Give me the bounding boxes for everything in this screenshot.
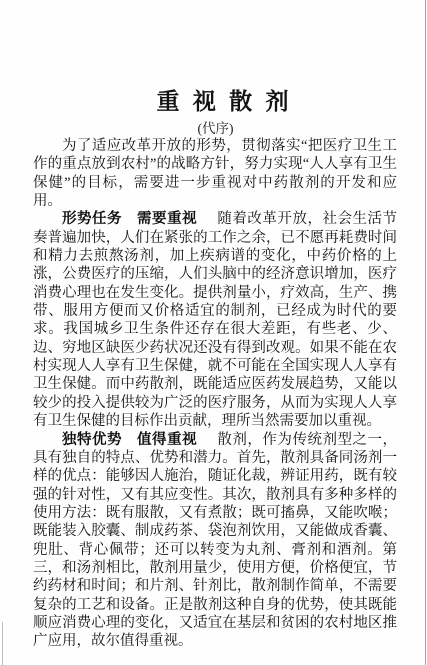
paragraph-advantage-heading: 独特优势 值得重视 [62,432,197,448]
paragraph-advantage-text: 散剂，作为传统剂型之一，具有独自的特点、优势和潜力。首先，散剂具备同汤剂一样的优… [33,432,397,650]
body-text: 为了适应改革开放的形势，贯彻落实“把医疗卫生工作的重点放到农村”的战略方针，努力… [33,137,397,651]
paragraph-situation-text: 随着改革开放，社会生活节奏普遍加快，人们在紧张的工作之余，已不愿再耗费时间和精力… [33,211,397,429]
paragraph-situation-heading: 形势任务 需要重视 [62,211,197,227]
scanned-book-page: 重视散剂 (代序) 为了适应改革开放的形势，贯彻落实“把医疗卫生工作的重点放到农… [0,0,427,666]
paragraph-advantage: 独特优势 值得重视散剂，作为传统剂型之一，具有独自的特点、优势和潜力。首先，散剂… [33,431,397,651]
paragraph-intro: 为了适应改革开放的形势，贯彻落实“把医疗卫生工作的重点放到农村”的战略方针，努力… [33,137,397,210]
page-subtitle: (代序) [2,117,427,137]
scan-edge-right [425,0,426,666]
paragraph-situation: 形势任务 需要重视随着改革开放，社会生活节奏普遍加快，人们在紧张的工作之余，已不… [33,210,397,430]
page-title: 重视散剂 [9,83,427,116]
paragraph-intro-text: 为了适应改革开放的形势，贯彻落实“把医疗卫生工作的重点放到农村”的战略方针，努力… [33,138,397,209]
scan-edge-left-artifact [2,622,3,666]
